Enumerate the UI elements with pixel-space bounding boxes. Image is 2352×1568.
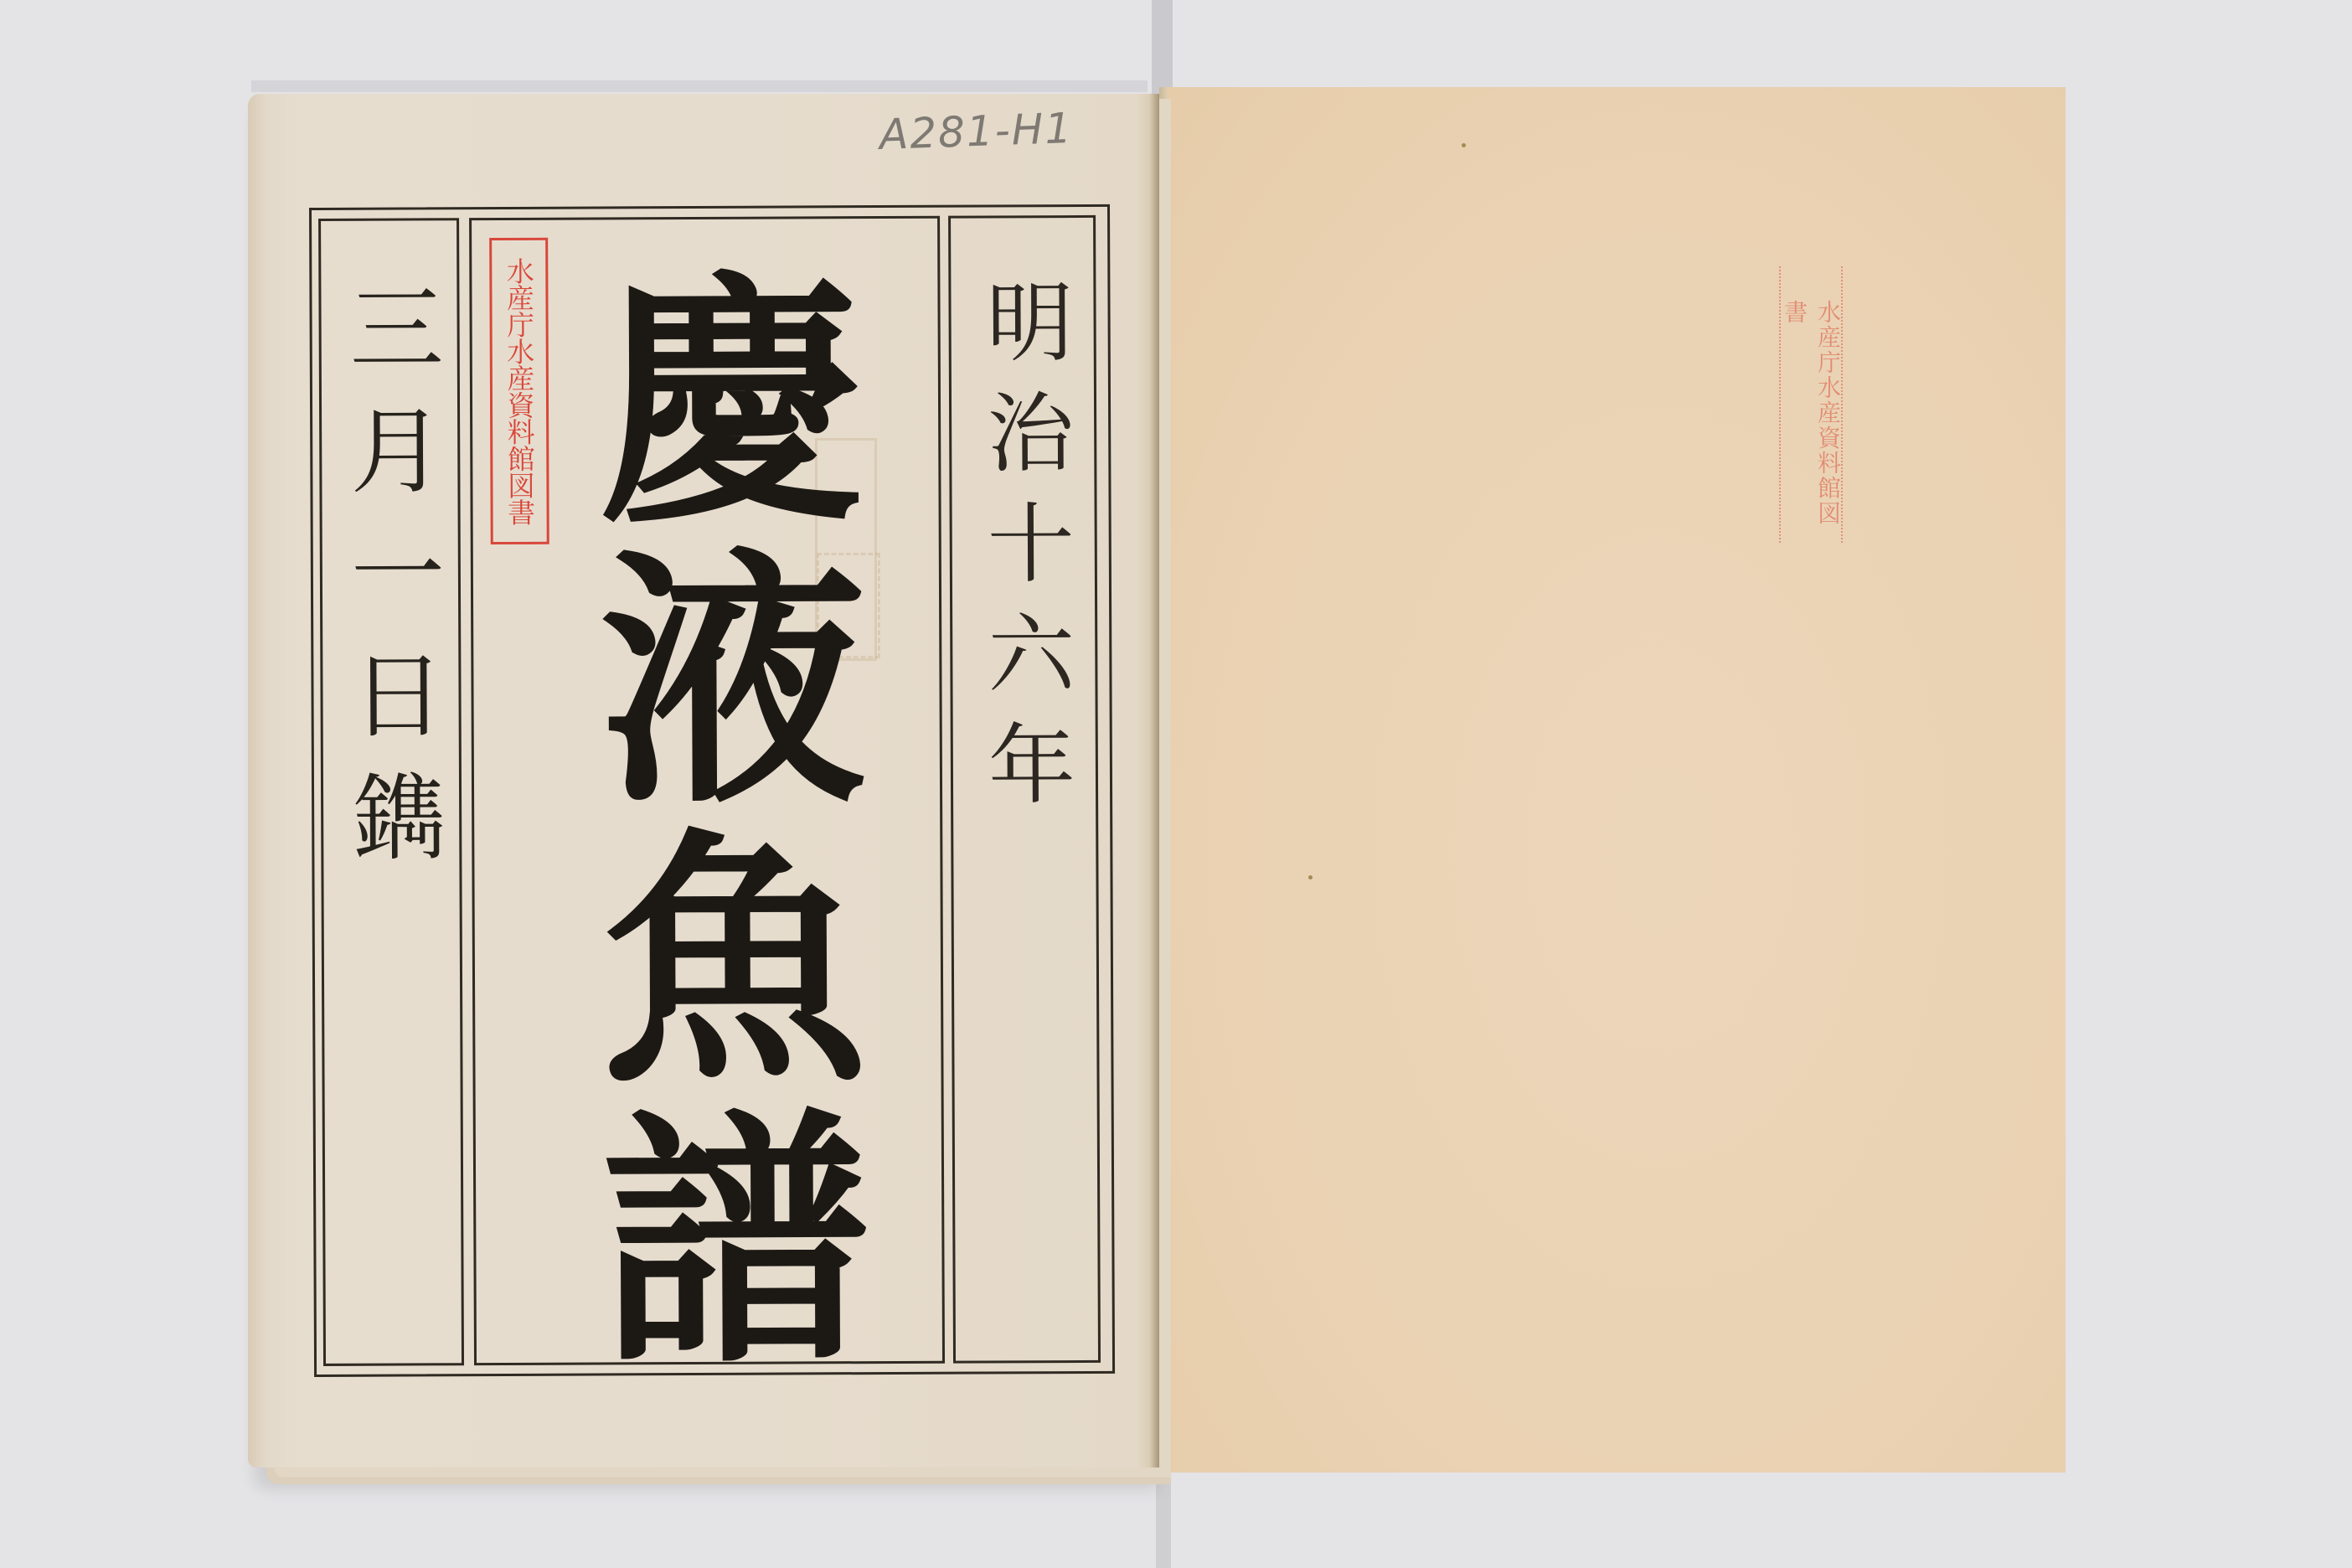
gutter-shadow: [1149, 94, 1159, 1467]
era-year: 明治十六年: [959, 276, 1087, 830]
center-column-box: 水産庁水産資料館図書 慶液魚譜: [469, 216, 945, 1365]
engraving-date: 三月一日鐫: [322, 279, 459, 891]
foxing-speck: [1462, 143, 1466, 147]
foxing-speck: [1308, 875, 1313, 879]
left-column-box: 三月一日鐫: [318, 218, 464, 1366]
scanner-bed-strip: [251, 80, 1148, 92]
offset-stamp-text: 水産庁水産資料館図書: [1777, 300, 1844, 543]
book-title: 慶液魚譜: [576, 260, 848, 1380]
call-number: A281-H1: [879, 104, 1074, 159]
right-column-box: 明治十六年: [948, 215, 1101, 1364]
right-page: [1164, 87, 2066, 1473]
title-frame: 三月一日鐫 水産庁水産資料館図書 慶液魚譜 明治十六年: [309, 204, 1115, 1377]
library-stamp: 水産庁水産資料館図書: [489, 238, 549, 544]
library-stamp-text: 水産庁水産資料館図書: [499, 257, 539, 525]
offset-stamp-ghost: 水産庁水産資料館図書: [1779, 266, 1843, 543]
